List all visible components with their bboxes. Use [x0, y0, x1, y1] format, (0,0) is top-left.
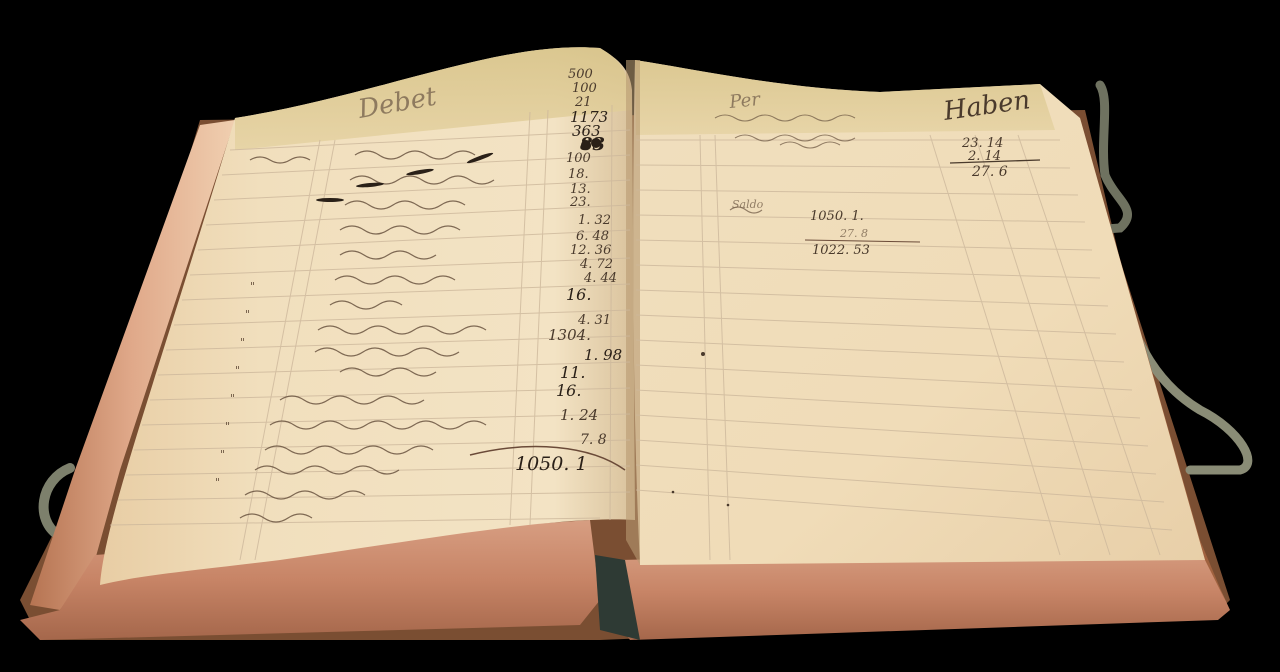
- amount: 7. 8: [580, 432, 607, 448]
- amount: 16.: [566, 285, 591, 304]
- svg-text:": ": [245, 308, 250, 321]
- svg-text:": ": [225, 420, 230, 433]
- right-amount: 1050. 1.: [810, 209, 864, 224]
- right-entry-total: 27. 6: [971, 164, 1008, 180]
- ledger-book: Debet 500 100 21 1173 363 83 100 18. 13.…: [0, 0, 1280, 672]
- amount: 4. 44: [583, 271, 617, 286]
- spine-gutter: [626, 60, 640, 565]
- amount: 4. 72: [579, 257, 613, 272]
- amount: 16.: [556, 381, 581, 400]
- right-amount: 27. 8: [839, 227, 868, 240]
- svg-text:": ": [235, 364, 240, 377]
- left-total: 1050. 1: [515, 453, 588, 475]
- header-amount: 500: [568, 67, 593, 82]
- header-amount: 100: [572, 81, 597, 96]
- right-page-header-left: Per: [727, 89, 762, 113]
- amount: 12. 36: [570, 243, 611, 258]
- amount: 18.: [568, 167, 589, 182]
- right-page: [633, 60, 1205, 565]
- svg-text:": ": [240, 336, 245, 349]
- amount: 1. 24: [560, 406, 598, 424]
- saldo-label: Saldo: [732, 198, 764, 211]
- svg-text:": ": [220, 448, 225, 461]
- right-amount-total: 1022. 53: [812, 243, 870, 258]
- svg-text:": ": [215, 476, 220, 489]
- amount: 1304.: [548, 326, 591, 344]
- amount: 1. 98: [584, 346, 622, 364]
- amount: 100: [566, 151, 591, 166]
- svg-text:": ": [230, 392, 235, 405]
- svg-text:": ": [250, 280, 255, 293]
- amount: 11.: [560, 363, 585, 382]
- amount: 1. 32: [578, 213, 611, 228]
- photo-scene: Debet 500 100 21 1173 363 83 100 18. 13.…: [0, 0, 1280, 672]
- amount: 6. 48: [576, 229, 609, 244]
- amount: 23.: [569, 195, 591, 210]
